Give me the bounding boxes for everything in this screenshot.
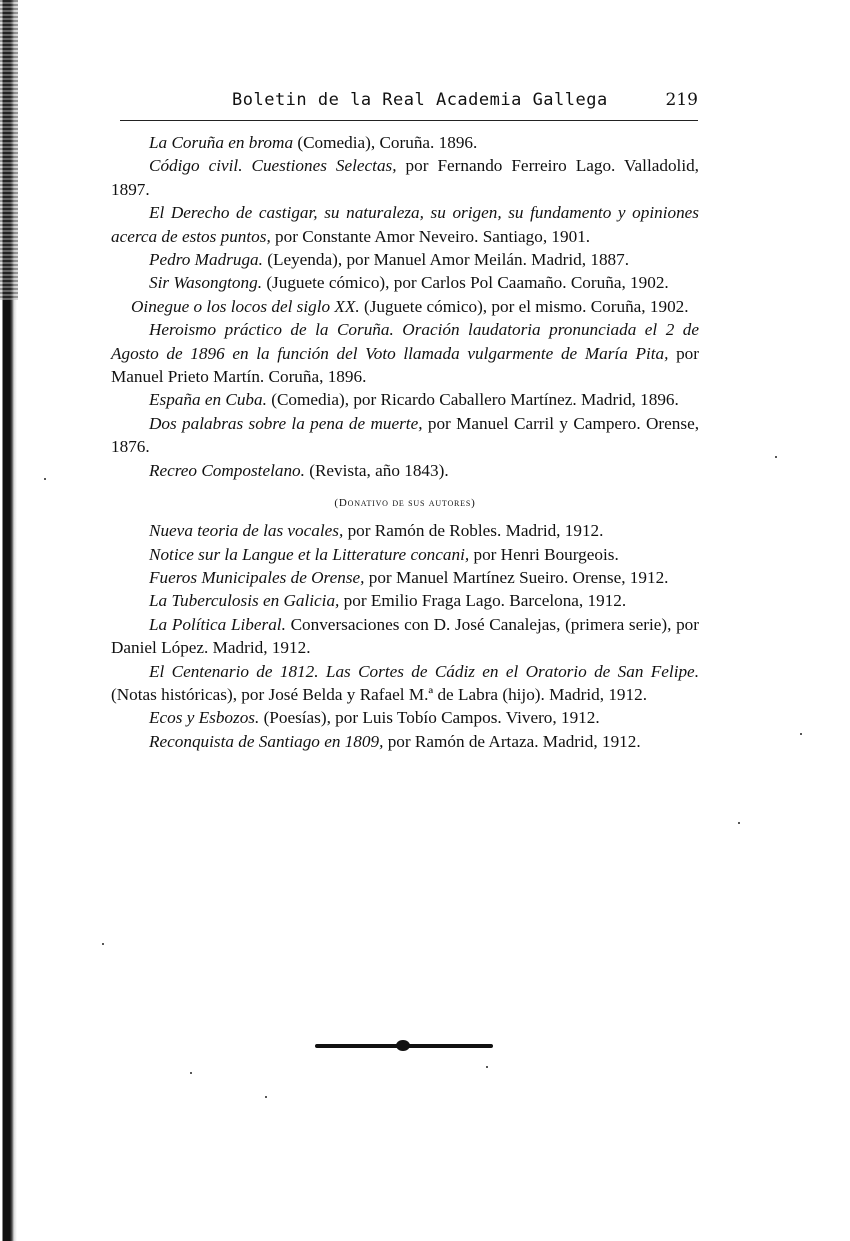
bibliography-entry: Sir Wasongtong. (Juguete cómico), por Ca… (111, 271, 699, 294)
bibliography-entry: Heroismo práctico de la Coruña. Oración … (111, 318, 699, 388)
entry-title: Oinegue o los locos del siglo XX. (131, 297, 360, 316)
page-body: La Coruña en broma (Comedia), Coruña. 18… (111, 131, 699, 753)
scan-speck (44, 478, 46, 480)
entry-details: (Notas históricas), por José Belda y Raf… (111, 685, 647, 704)
entry-details: (Juguete cómico), por Carlos Pol Caamaño… (262, 273, 669, 292)
entry-title: El Centenario de 1812. Las Cortes de Cád… (149, 662, 699, 681)
scan-speck (800, 733, 802, 735)
entry-details: por Ramón de Robles. Madrid, 1912. (343, 521, 603, 540)
entry-title: Notice sur la Langue et la Litterature c… (149, 545, 469, 564)
entry-details: por Ramón de Artaza. Madrid, 1912. (383, 732, 640, 751)
scan-speck (486, 1066, 488, 1068)
entry-details: (Juguete cómico), por el mismo. Coruña, … (360, 297, 689, 316)
entry-details: (Poesías), por Luis Tobío Campos. Vivero… (259, 708, 599, 727)
entry-title: Heroismo práctico de la Coruña. Oración … (111, 320, 699, 362)
bibliography-entry: Código civil. Cuestiones Selectas, por F… (111, 154, 699, 201)
scan-speck (190, 1072, 192, 1074)
bibliography-entry: Fueros Municipales de Orense, por Manuel… (111, 566, 699, 589)
entry-title: Código civil. Cuestiones Selectas, (149, 156, 397, 175)
scan-speck (265, 1096, 267, 1098)
journal-title: Boletin de la Real Academia Gallega (232, 90, 608, 110)
entry-title: Nueva teoria de las vocales, (149, 521, 343, 540)
entry-title: La Tuberculosis en Galicia, (149, 591, 339, 610)
section-heading: (Donativo de sus autores) (111, 495, 699, 511)
page-number: 219 (666, 90, 698, 110)
header-rule (120, 120, 698, 121)
scan-speck (102, 943, 104, 945)
entry-details: (Leyenda), por Manuel Amor Meilán. Madri… (263, 250, 629, 269)
entry-title: La Coruña en broma (149, 133, 293, 152)
entry-title: Pedro Madruga. (149, 250, 263, 269)
entry-title: La Política Liberal. (149, 615, 286, 634)
binding-texture (0, 0, 18, 300)
entry-details: (Comedia), por Ricardo Caballero Martíne… (267, 390, 679, 409)
bibliography-entry: Notice sur la Langue et la Litterature c… (111, 543, 699, 566)
bibliography-entry: Nueva teoria de las vocales, por Ramón d… (111, 519, 699, 542)
end-ornament-dot (396, 1040, 410, 1051)
entry-details: por Emilio Fraga Lago. Barcelona, 1912. (339, 591, 626, 610)
bibliography-entry: Reconquista de Santiago en 1809, por Ram… (111, 730, 699, 753)
bibliography-entry: El Centenario de 1812. Las Cortes de Cád… (111, 660, 699, 707)
entry-title: Ecos y Esbozos. (149, 708, 259, 727)
entry-title: Fueros Municipales de Orense, (149, 568, 364, 587)
bibliography-entry: La Coruña en broma (Comedia), Coruña. 18… (111, 131, 699, 154)
bibliography-entry: El Derecho de castigar, su naturaleza, s… (111, 201, 699, 248)
entry-title: Sir Wasongtong. (149, 273, 262, 292)
entry-details: por Constante Amor Neveiro. Santiago, 19… (271, 227, 590, 246)
bibliography-entry: Recreo Compostelano. (Revista, año 1843)… (111, 459, 699, 482)
scan-speck (738, 822, 740, 824)
entry-details: (Comedia), Coruña. 1896. (293, 133, 477, 152)
running-header: Boletin de la Real Academia Gallega 219 (120, 88, 698, 118)
bibliography-entry: España en Cuba. (Comedia), por Ricardo C… (111, 388, 699, 411)
entry-details: (Revista, año 1843). (305, 461, 449, 480)
bibliography-entry: Pedro Madruga. (Leyenda), por Manuel Amo… (111, 248, 699, 271)
entry-title: Dos palabras sobre la pena de muerte, (149, 414, 423, 433)
entry-details: por Henri Bourgeois. (469, 545, 619, 564)
bibliography-entry: La Tuberculosis en Galicia, por Emilio F… (111, 589, 699, 612)
entry-title: Recreo Compostelano. (149, 461, 305, 480)
bibliography-entry: Oinegue o los locos del siglo XX. (Jugue… (111, 295, 699, 318)
bibliography-entry: La Política Liberal. Conversaciones con … (111, 613, 699, 660)
entry-details: por Manuel Martínez Sueiro. Orense, 1912… (364, 568, 668, 587)
entry-title: Reconquista de Santiago en 1809, (149, 732, 383, 751)
bibliography-entry: Ecos y Esbozos. (Poesías), por Luis Tobí… (111, 706, 699, 729)
bibliography-entry: Dos palabras sobre la pena de muerte, po… (111, 412, 699, 459)
scan-speck (775, 456, 777, 458)
entry-title: España en Cuba. (149, 390, 267, 409)
